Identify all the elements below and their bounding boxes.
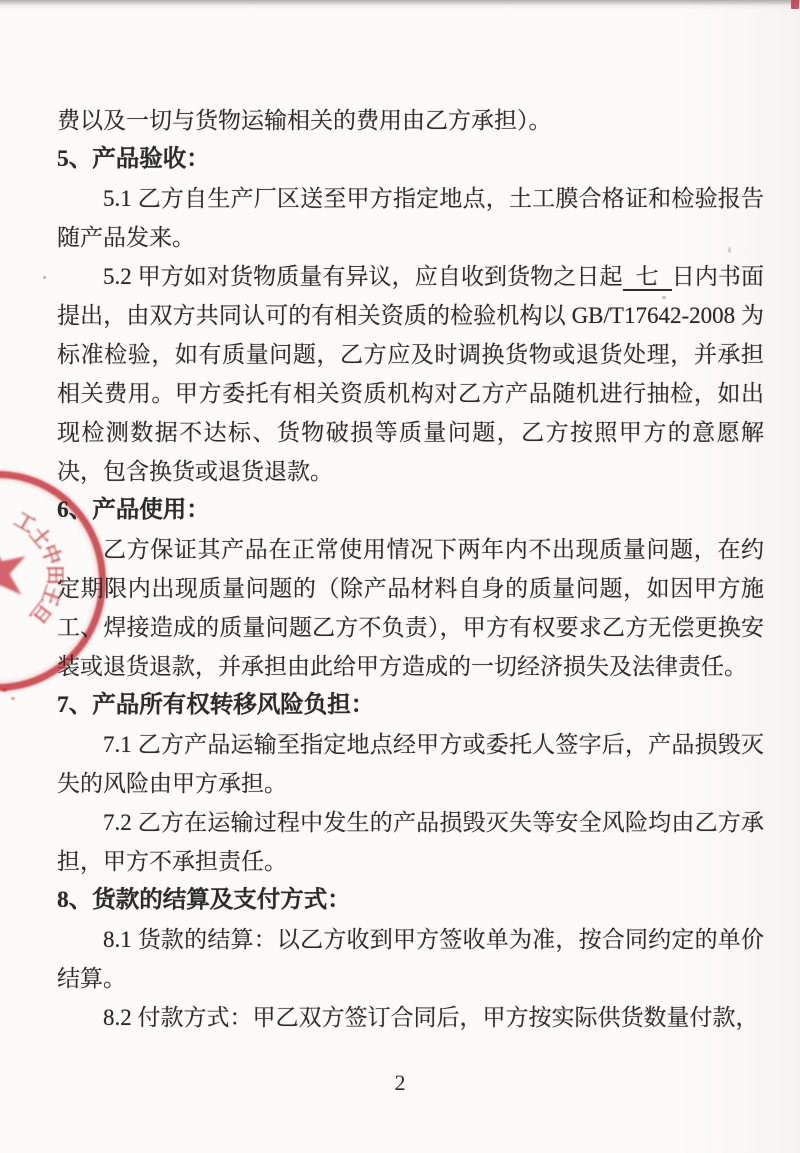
- clause-5-1: 5.1 乙方自生产厂区送至甲方指定地点，土工膜合格证和检验报告随产品发来。: [57, 179, 764, 257]
- carryover-clause-line: 费以及一切与货物运输相关的费用由乙方承担）。: [57, 101, 764, 140]
- clause-5-2-text-pre: 5.2 甲方如对货物质量有异议，应自收到货物之日起: [103, 264, 623, 289]
- clause-8-2: 8.2 付款方式：甲乙双方签订合同后，甲方按实际供货数量付款，: [57, 998, 764, 1037]
- section-heading-6: 6、产品使用：: [57, 491, 764, 530]
- section-heading-7: 7、产品所有权转移风险负担：: [57, 686, 764, 725]
- fill-in-blank-days: 七: [623, 264, 672, 291]
- section-heading-5: 5、产品验收：: [57, 140, 764, 179]
- clause-6: 乙方保证其产品在正常使用情况下两年内不出现质量问题，在约定期限内出现质量问题的（…: [57, 530, 764, 686]
- contract-body: 费以及一切与货物运输相关的费用由乙方承担）。 5、产品验收： 5.1 乙方自生产…: [0, 0, 800, 1037]
- clause-5-2-text-post: 日内书面提出，由双方共同认可的有相关资质的检验机构以 GB/T17642-200…: [57, 264, 764, 484]
- scanned-contract-page: { "page": { "number": "2" }, "colors": {…: [0, 0, 800, 1153]
- clause-8-1: 8.1 货款的结算：以乙方收到甲方签收单为准，按合同约定的单价结算。: [57, 920, 764, 998]
- page-number: 2: [0, 1070, 800, 1096]
- clause-7-1: 7.1 乙方产品运输至指定地点经甲方或委托人签字后，产品损毁灭失的风险由甲方承担…: [57, 725, 764, 803]
- section-heading-8: 8、货款的结算及支付方式：: [57, 881, 764, 920]
- clause-7-2: 7.2 乙方在运输过程中发生的产品损毁灭失等安全风险均由乙方承担，甲方不承担责任…: [57, 803, 764, 881]
- clause-5-2: 5.2 甲方如对货物质量有异议，应自收到货物之日起七日内书面提出，由双方共同认可…: [57, 257, 764, 491]
